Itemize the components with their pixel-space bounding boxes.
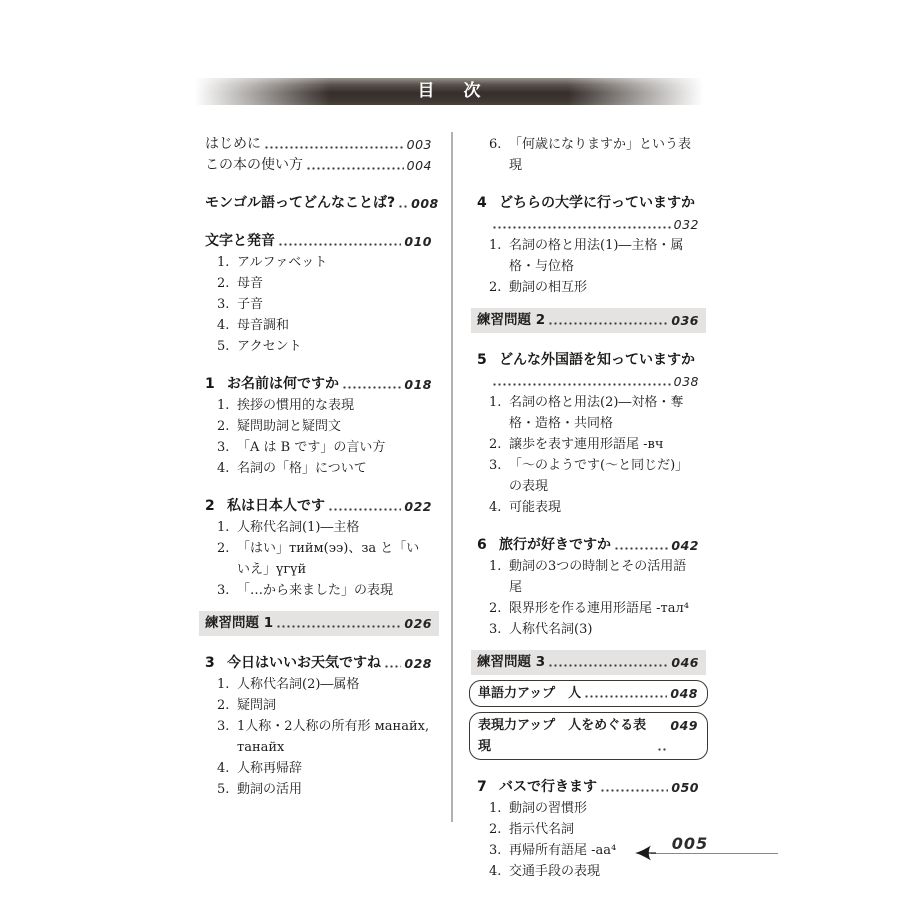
entry-label: 交通手段の表現: [509, 861, 600, 882]
entry-number: 2.: [489, 434, 509, 455]
entry-label: 1人称・2人称の所有形 манайх, танайх: [237, 716, 432, 758]
dotted-leader: [657, 748, 667, 751]
toc-header-bar: 目 次: [195, 78, 703, 105]
toc-sub-item: 3.1人称・2人称の所有形 манайх, танайх: [205, 716, 432, 758]
toc-exercise-entry: 練習問題 1026: [199, 611, 439, 636]
toc-sub-item: 5.アクセント: [205, 336, 432, 357]
entry-number: 7: [477, 777, 499, 798]
entry-number: 4: [477, 193, 499, 214]
entry-number: 3.: [489, 455, 509, 476]
entry-label: 可能表現: [509, 497, 561, 518]
toc-chapter-entry: 1お名前は何ですか018: [205, 374, 432, 395]
toc-sub-item: 1.挨拶の慣用的な表現: [205, 395, 432, 416]
toc-left-column: はじめに003この本の使い方004モンゴル語ってどんなことば?008文字と発音0…: [205, 134, 432, 800]
toc-sub-item: 5.動詞の活用: [205, 779, 432, 800]
entry-number: 2.: [217, 273, 237, 294]
dotted-leader: [342, 386, 401, 389]
entry-page-number: 049: [670, 715, 698, 736]
entry-label: 「A は B です」の言い方: [237, 437, 385, 458]
dotted-leader: [328, 508, 401, 511]
entry-label: 挨拶の慣用的な表現: [237, 395, 354, 416]
entry-label: 私は日本人です: [227, 496, 325, 517]
entry-number: 2.: [489, 819, 509, 840]
entry-number: 4.: [489, 861, 509, 882]
entry-number: 3.: [489, 840, 509, 861]
entry-number: 3.: [489, 619, 509, 640]
entry-label: 子音: [237, 294, 263, 315]
entry-label: 名詞の「格」について: [237, 458, 367, 479]
entry-page-number: 026: [404, 613, 432, 634]
entry-label: 練習問題 2: [477, 310, 545, 331]
entry-number: 5: [477, 350, 499, 371]
entry-label: アクセント: [237, 336, 302, 357]
entry-label: この本の使い方: [205, 155, 303, 176]
entry-number: 5.: [217, 336, 237, 357]
toc-right-column: 6.「何歳になりますか」という表現4どちらの大学に行っていますか0321.名詞の…: [477, 134, 699, 882]
toc-sub-item: 3.子音: [205, 294, 432, 315]
entry-label: 文字と発音: [205, 231, 275, 252]
entry-number: 1: [205, 374, 227, 395]
entry-number: 1.: [217, 674, 237, 695]
toc-sub-item: 6.「何歳になりますか」という表現: [477, 134, 699, 176]
entry-page-number: 032: [674, 214, 699, 235]
entry-number: 2.: [217, 695, 237, 716]
column-divider: [451, 132, 453, 822]
entry-label: 「～のようです(～と同じだ)」の表現: [509, 455, 699, 497]
entry-number: 6: [477, 535, 499, 556]
entry-page-number: 010: [404, 231, 432, 252]
entry-label: お名前は何ですか: [227, 374, 339, 395]
entry-label: 旅行が好きですか: [499, 535, 611, 556]
entry-label: 表現力アップ 人をめぐる表現: [478, 715, 654, 757]
footer-rule: [651, 853, 778, 854]
entry-page-number: 048: [670, 683, 698, 704]
entry-label: 疑問助詞と疑問文: [237, 416, 341, 437]
entry-page-number: 004: [407, 155, 432, 176]
toc-chapter-entry: 2私は日本人です022: [205, 496, 432, 517]
toc-box-entry: 表現力アップ 人をめぐる表現049: [469, 712, 708, 760]
entry-number: 1.: [489, 556, 509, 577]
toc-front-entry: はじめに003: [205, 134, 432, 155]
entry-label: どちらの大学に行っていますか: [499, 193, 695, 214]
toc-box-entry: 単語力アップ 人048: [469, 680, 708, 707]
entry-number: 3.: [217, 437, 237, 458]
entry-number: 3.: [217, 716, 237, 737]
entry-number: 4.: [489, 497, 509, 518]
entry-label: どんな外国語を知っていますか: [499, 350, 695, 371]
entry-label: 「はい」тийм(ээ)、за と「いいえ」үгүй: [237, 538, 432, 580]
dotted-leader: [278, 243, 401, 246]
entry-label: 限界形を作る連用形語尾 -тал⁴: [509, 598, 689, 619]
entry-label: アルファベット: [237, 252, 327, 273]
dotted-leader: [492, 226, 671, 229]
toc-chapter-entry: 3今日はいいお天気ですね028: [205, 653, 432, 674]
dotted-leader: [614, 547, 668, 550]
toc-chapter-entry: 4どちらの大学に行っていますか: [477, 193, 699, 214]
entry-label: 動詞の習慣形: [509, 798, 587, 819]
toc-chapter-entry: 文字と発音010: [205, 231, 432, 252]
toc-sub-item: 4.交通手段の表現: [477, 861, 699, 882]
entry-label: 疑問詞: [237, 695, 276, 716]
toc-sub-item: 3.人称代名詞(3): [477, 619, 699, 640]
page-number: 005: [660, 834, 720, 853]
toc-sub-item: 2.疑問詞: [205, 695, 432, 716]
entry-label: モンゴル語ってどんなことば?: [205, 193, 395, 214]
entry-label: 単語力アップ 人: [478, 683, 581, 704]
entry-label: 指示代名詞: [509, 819, 574, 840]
entry-label: 練習問題 3: [477, 652, 545, 673]
toc-sub-item: 2.「はい」тийм(ээ)、за と「いいえ」үгүй: [205, 538, 432, 580]
entry-label: 「何歳になりますか」という表現: [509, 134, 699, 176]
entry-number: 4.: [217, 315, 237, 336]
arrow-icon: [634, 845, 656, 861]
entry-number: 1.: [217, 395, 237, 416]
entry-number: 4.: [217, 758, 237, 779]
entry-number: 1.: [489, 392, 509, 413]
entry-number: 2.: [217, 416, 237, 437]
entry-page-number: 038: [674, 371, 699, 392]
entry-page-number: 022: [404, 496, 432, 517]
toc-exercise-entry: 練習問題 2036: [471, 308, 706, 333]
entry-label: 名詞の格と用法(1)―主格・属格・与位格: [509, 235, 699, 277]
page-title: 目 次: [195, 78, 703, 105]
entry-label: 人称代名詞(1)―主格: [237, 517, 359, 538]
dotted-leader: [600, 789, 668, 792]
entry-label: はじめに: [205, 134, 261, 155]
toc-sub-item: 2.動詞の相互形: [477, 277, 699, 298]
dotted-leader: [584, 695, 667, 698]
entry-number: 3: [205, 653, 227, 674]
entry-number: 1.: [217, 252, 237, 273]
entry-label: 「…から来ました」の表現: [237, 580, 393, 601]
entry-number: 2.: [489, 277, 509, 298]
toc-sub-item: 3.「A は B です」の言い方: [205, 437, 432, 458]
entry-label: 人称再帰辞: [237, 758, 302, 779]
dotted-leader: [264, 146, 404, 149]
entry-label: 今日はいいお天気ですね: [227, 653, 381, 674]
entry-page-number: 036: [671, 310, 699, 331]
toc-sub-item: 1.動詞の習慣形: [477, 798, 699, 819]
entry-page-number: 042: [671, 535, 699, 556]
entry-number: 2: [205, 496, 227, 517]
toc-sub-item: 1.名詞の格と用法(2)―対格・奪格・造格・共同格: [477, 392, 699, 434]
toc-chapter-pageline: 038: [477, 371, 699, 392]
toc-sub-item: 2.疑問助詞と疑問文: [205, 416, 432, 437]
toc-sub-item: 2.譲歩を表す連用形語尾 -вч: [477, 434, 699, 455]
toc-sub-item: 1.アルファベット: [205, 252, 432, 273]
entry-label: 母音調和: [237, 315, 289, 336]
toc-chapter-entry: 7バスで行きます050: [477, 777, 699, 798]
dotted-leader: [276, 625, 401, 628]
entry-number: 3.: [217, 294, 237, 315]
entry-label: 動詞の相互形: [509, 277, 587, 298]
entry-number: 5.: [217, 779, 237, 800]
toc-sub-item: 3.「～のようです(～と同じだ)」の表現: [477, 455, 699, 497]
toc-sub-item: 2.限界形を作る連用形語尾 -тал⁴: [477, 598, 699, 619]
entry-label: 譲歩を表す連用形語尾 -вч: [509, 434, 663, 455]
entry-label: 名詞の格と用法(2)―対格・奪格・造格・共同格: [509, 392, 699, 434]
toc-sub-item: 3.「…から来ました」の表現: [205, 580, 432, 601]
toc-exercise-entry: 練習問題 3046: [471, 650, 706, 675]
entry-label: 人称代名詞(3): [509, 619, 592, 640]
dotted-leader: [398, 205, 408, 208]
toc-chapter-pageline: 032: [477, 214, 699, 235]
entry-label: 人称代名詞(2)―属格: [237, 674, 359, 695]
dotted-leader: [548, 664, 668, 667]
entry-page-number: 018: [404, 374, 432, 395]
entry-page-number: 028: [404, 653, 432, 674]
toc-sub-item: 1.動詞の3つの時制とその活用語尾: [477, 556, 699, 598]
entry-number: 4.: [217, 458, 237, 479]
toc-chapter-entry: 5どんな外国語を知っていますか: [477, 350, 699, 371]
dotted-leader: [306, 167, 404, 170]
entry-page-number: 003: [407, 134, 432, 155]
dotted-leader: [548, 322, 668, 325]
toc-front-entry: この本の使い方004: [205, 155, 432, 176]
entry-label: 動詞の3つの時制とその活用語尾: [509, 556, 699, 598]
entry-number: 1.: [489, 235, 509, 256]
dotted-leader: [384, 665, 401, 668]
dotted-leader: [492, 383, 671, 386]
toc-sub-item: 1.人称代名詞(1)―主格: [205, 517, 432, 538]
toc-sub-item: 4.人称再帰辞: [205, 758, 432, 779]
toc-sub-item: 4.可能表現: [477, 497, 699, 518]
entry-page-number: 046: [671, 652, 699, 673]
toc-chapter-entry: 6旅行が好きですか042: [477, 535, 699, 556]
toc-sub-item: 2.母音: [205, 273, 432, 294]
entry-number: 2.: [489, 598, 509, 619]
entry-label: 練習問題 1: [205, 613, 273, 634]
entry-number: 6.: [489, 134, 509, 155]
toc-sub-item: 1.人称代名詞(2)―属格: [205, 674, 432, 695]
entry-page-number: 050: [671, 777, 699, 798]
entry-number: 1.: [217, 517, 237, 538]
toc-sub-item: 4.母音調和: [205, 315, 432, 336]
entry-number: 1.: [489, 798, 509, 819]
toc-sub-item: 1.名詞の格と用法(1)―主格・属格・与位格: [477, 235, 699, 277]
entry-label: バスで行きます: [499, 777, 597, 798]
toc-chapter-entry: モンゴル語ってどんなことば?008: [205, 193, 432, 214]
entry-label: 再帰所有語尾 -аа⁴: [509, 840, 616, 861]
toc-sub-item: 4.名詞の「格」について: [205, 458, 432, 479]
entry-number: 2.: [217, 538, 237, 559]
entry-label: 母音: [237, 273, 263, 294]
entry-label: 動詞の活用: [237, 779, 302, 800]
entry-number: 3.: [217, 580, 237, 601]
entry-page-number: 008: [411, 193, 439, 214]
